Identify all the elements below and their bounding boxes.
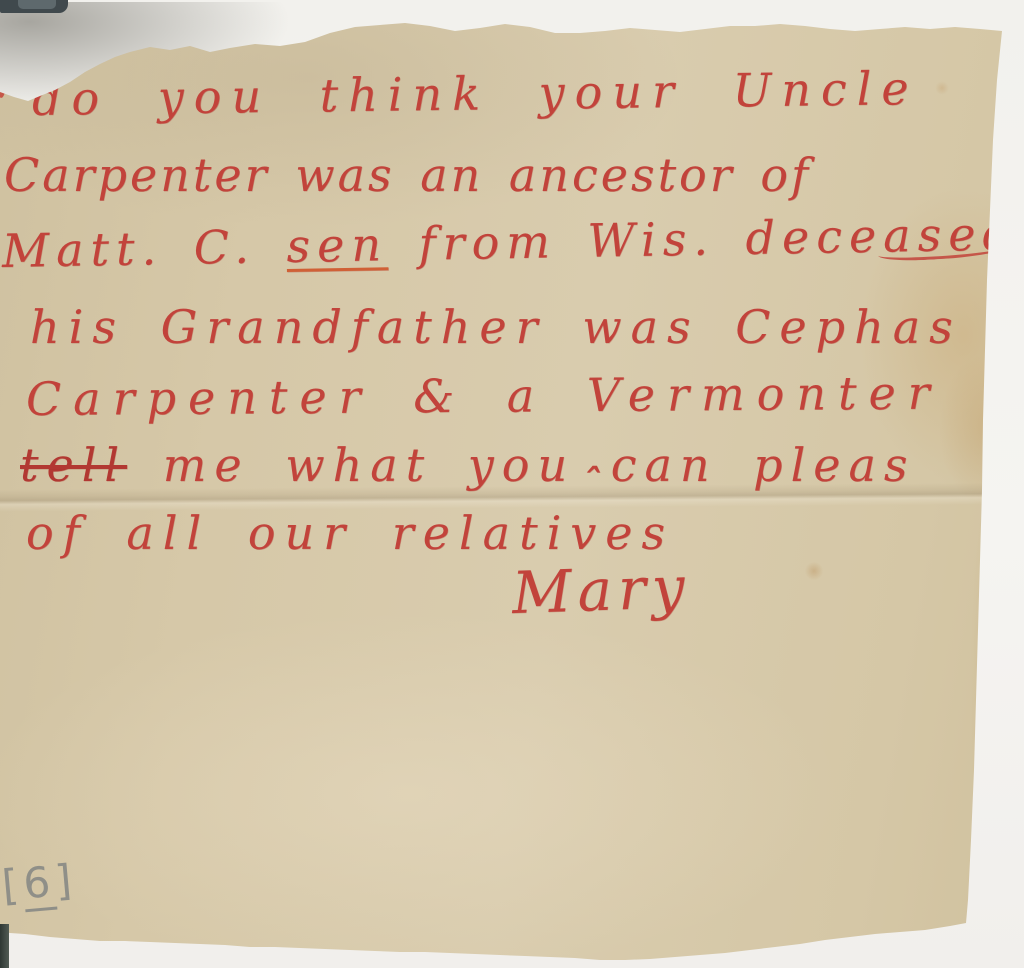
letter-line-1: do you think your Uncle — [32, 61, 919, 126]
page-number-value: 6 — [21, 857, 57, 913]
line-3-post: from Wis. deceased — [387, 206, 1019, 271]
scanned-letter: do you think your Uncle Carpenter was an… — [0, 0, 1024, 968]
page-number-close-bracket: ] — [53, 855, 79, 906]
line-3-pre: Matt. C. — [2, 219, 287, 278]
letter-line-6: tell me what you can pleas — [20, 438, 916, 492]
signature: Mary — [511, 553, 692, 627]
scan-edge-strip — [0, 924, 9, 968]
struck-word: tell — [20, 438, 127, 492]
letter-line-4: his Grandfather was Cephas — [30, 300, 962, 354]
archival-page-number: [6] — [0, 855, 79, 910]
line-6-rest: me what you can pleas — [127, 438, 915, 492]
scanner-clip — [0, 0, 68, 13]
letter-line-5: Carpenter & a Vermonter — [26, 366, 942, 426]
scanner-clip-highlight — [18, 0, 56, 9]
letter-line-7: of all our relatives — [26, 506, 674, 560]
letter-paper: do you think your Uncle Carpenter was an… — [0, 0, 1024, 968]
letter-line-2: Carpenter was an ancestor of — [4, 148, 811, 202]
line-3-underlined-word: sen — [286, 217, 388, 273]
insertion-caret-mark: ˆ — [583, 462, 601, 504]
letter-line-3: Matt. C. sen from Wis. deceased — [2, 206, 1020, 278]
